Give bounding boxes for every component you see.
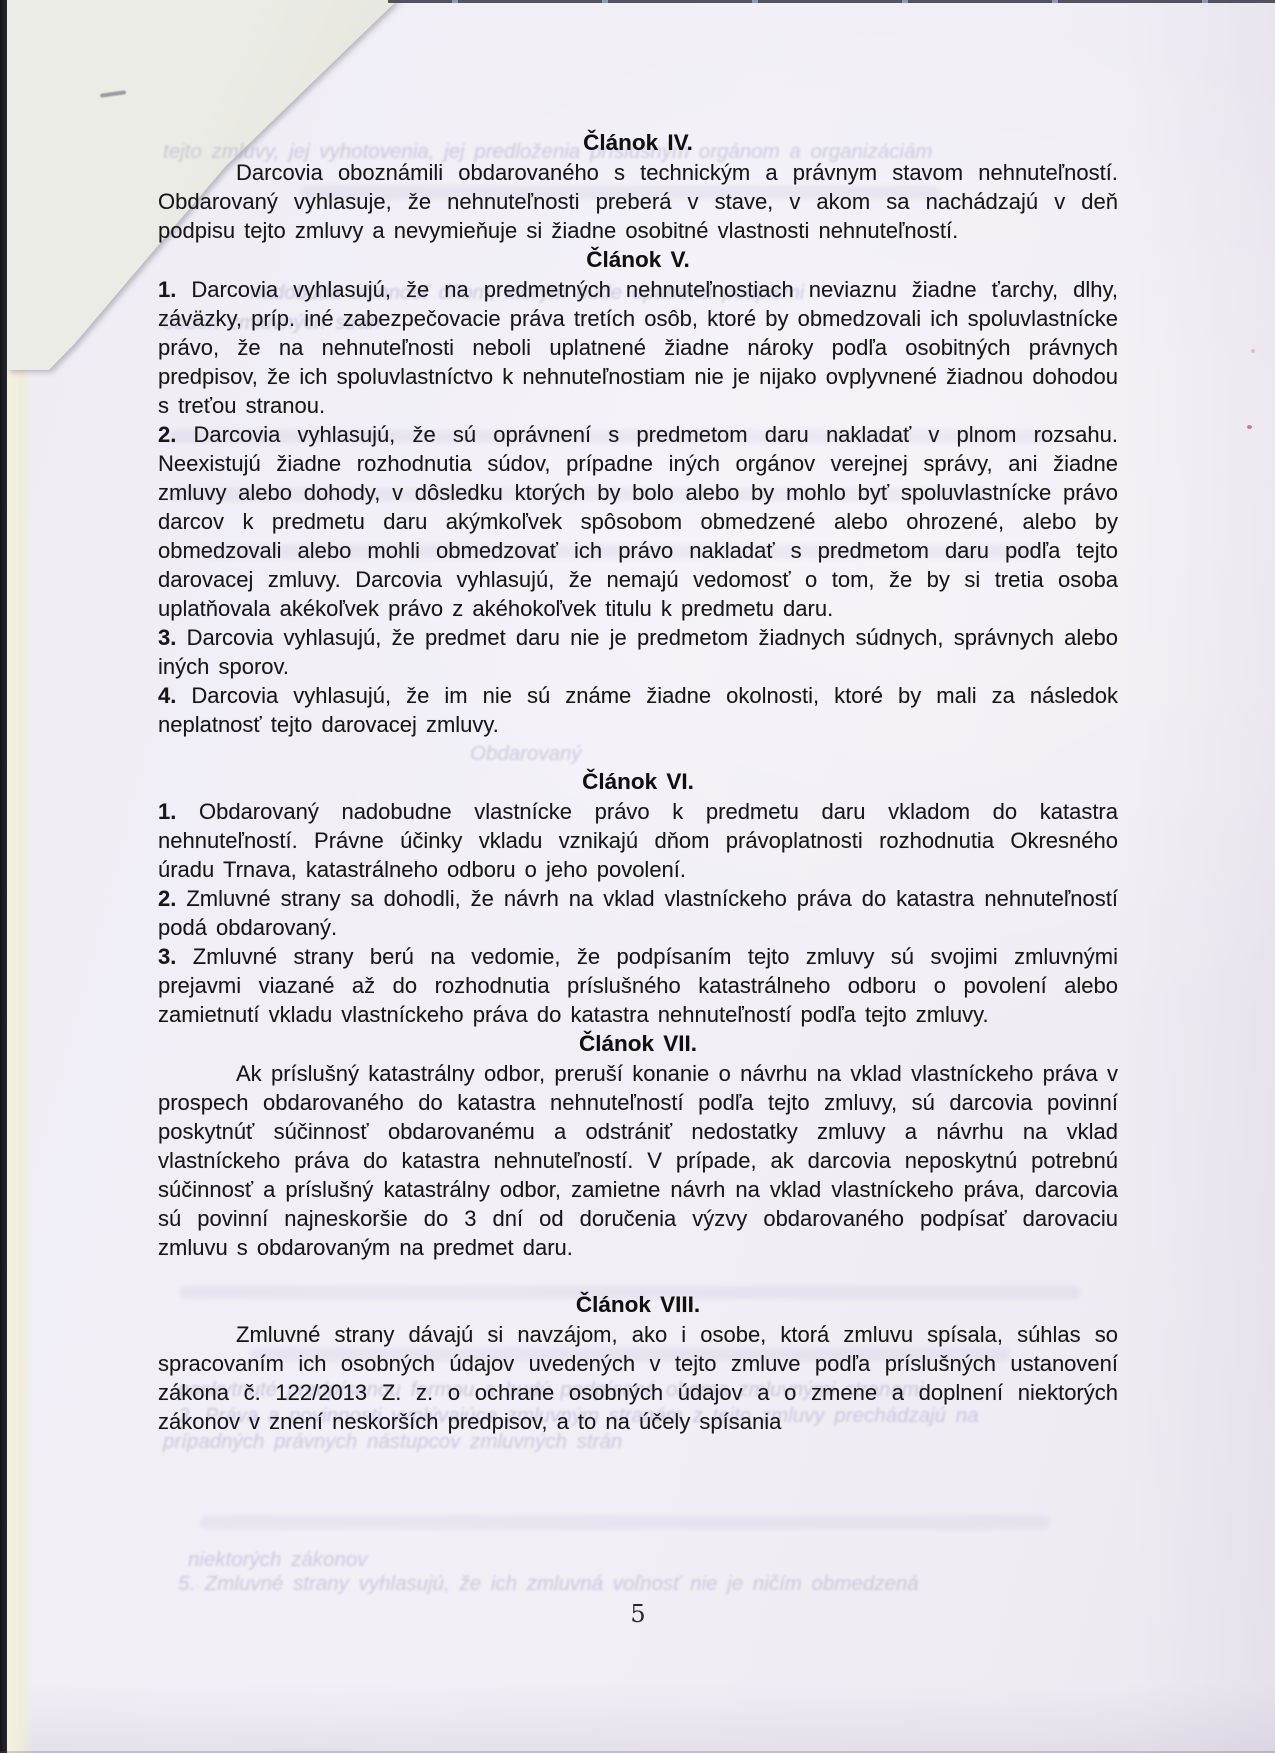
paragraph-text: Darcovia vyhlasujú, že sú oprávnení s pr… (158, 422, 1118, 621)
paragraph-text: Ak príslušný katastrálny odbor, preruší … (158, 1061, 1118, 1260)
paragraph-text: Darcovia vyhlasujú, že na predmetných ne… (158, 277, 1118, 418)
article: Článok IV.Darcovia oboznámili obdarované… (158, 128, 1118, 245)
contract-text-block: Článok IV.Darcovia oboznámili obdarované… (158, 128, 1118, 1436)
paragraph-number: 1. (158, 799, 176, 824)
bleed-through-text-line: 5. Zmluvné strany vyhlasujú, že ich zmlu… (178, 1572, 919, 1596)
paragraph-number: 2. (158, 422, 176, 447)
bleed-through-smudge (200, 1516, 1050, 1529)
article-heading: Článok VI. (158, 767, 1118, 797)
paragraph-number: 3. (158, 944, 176, 969)
article: Článok V.1. Darcovia vyhlasujú, že na pr… (158, 245, 1118, 739)
scan-edge-left (0, 0, 7, 1753)
article-paragraph: Ak príslušný katastrálny odbor, preruší … (158, 1059, 1118, 1262)
article-heading: Článok V. (158, 245, 1118, 275)
paragraph-number: 3. (158, 625, 176, 650)
article-paragraph: 1. Obdarovaný nadobudne vlastnícke právo… (158, 797, 1118, 884)
article-paragraph: 2. Zmluvné strany sa dohodli, že návrh n… (158, 884, 1118, 942)
article: Článok VIII.Zmluvné strany dávajú si nav… (158, 1290, 1118, 1436)
scan-edge-top (388, 0, 1275, 3)
article-paragraph: 3. Darcovia vyhlasujú, že predmet daru n… (158, 623, 1118, 681)
article-paragraph: 1. Darcovia vyhlasujú, že na predmetných… (158, 275, 1118, 420)
paragraph-text: Zmluvné strany dávajú si navzájom, ako i… (158, 1322, 1118, 1434)
article-paragraph: 3. Zmluvné strany berú na vedomie, že po… (158, 942, 1118, 1029)
article-paragraph: Zmluvné strany dávajú si navzájom, ako i… (158, 1320, 1118, 1436)
article-paragraph: Darcovia oboznámili obdarovaného s techn… (158, 158, 1118, 245)
bleed-through-text-line: niektorých zákonov (188, 1548, 367, 1572)
paragraph-number: 1. (158, 277, 176, 302)
red-ink-speck (1251, 349, 1255, 353)
paragraph-text: Zmluvné strany sa dohodli, že návrh na v… (158, 886, 1118, 940)
red-ink-speck (1247, 425, 1252, 429)
paragraph-number: 2. (158, 886, 176, 911)
paragraph-text: Darcovia vyhlasujú, že predmet daru nie … (158, 625, 1118, 679)
article-heading: Článok IV. (158, 128, 1118, 158)
article-heading: Článok VIII. (158, 1290, 1118, 1320)
article-paragraph: 2. Darcovia vyhlasujú, že sú oprávnení s… (158, 420, 1118, 623)
paragraph-text: Obdarovaný nadobudne vlastnícke právo k … (158, 799, 1118, 882)
scanned-document-page: { "document": { "language": "sk", "artic… (0, 0, 1275, 1753)
paragraph-text: Darcovia vyhlasujú, že im nie sú známe ž… (158, 683, 1118, 737)
paragraph-text: Darcovia oboznámili obdarovaného s techn… (158, 160, 1118, 243)
article-heading: Článok VII. (158, 1029, 1118, 1059)
paragraph-number: 4. (158, 683, 176, 708)
paragraph-text: Zmluvné strany berú na vedomie, že podpí… (158, 944, 1118, 1027)
page-number: 5 (158, 1600, 1118, 1628)
article: Článok VI.1. Obdarovaný nadobudne vlastn… (158, 767, 1118, 1029)
article-paragraph: 4. Darcovia vyhlasujú, že im nie sú znám… (158, 681, 1118, 739)
article: Článok VII.Ak príslušný katastrálny odbo… (158, 1029, 1118, 1262)
